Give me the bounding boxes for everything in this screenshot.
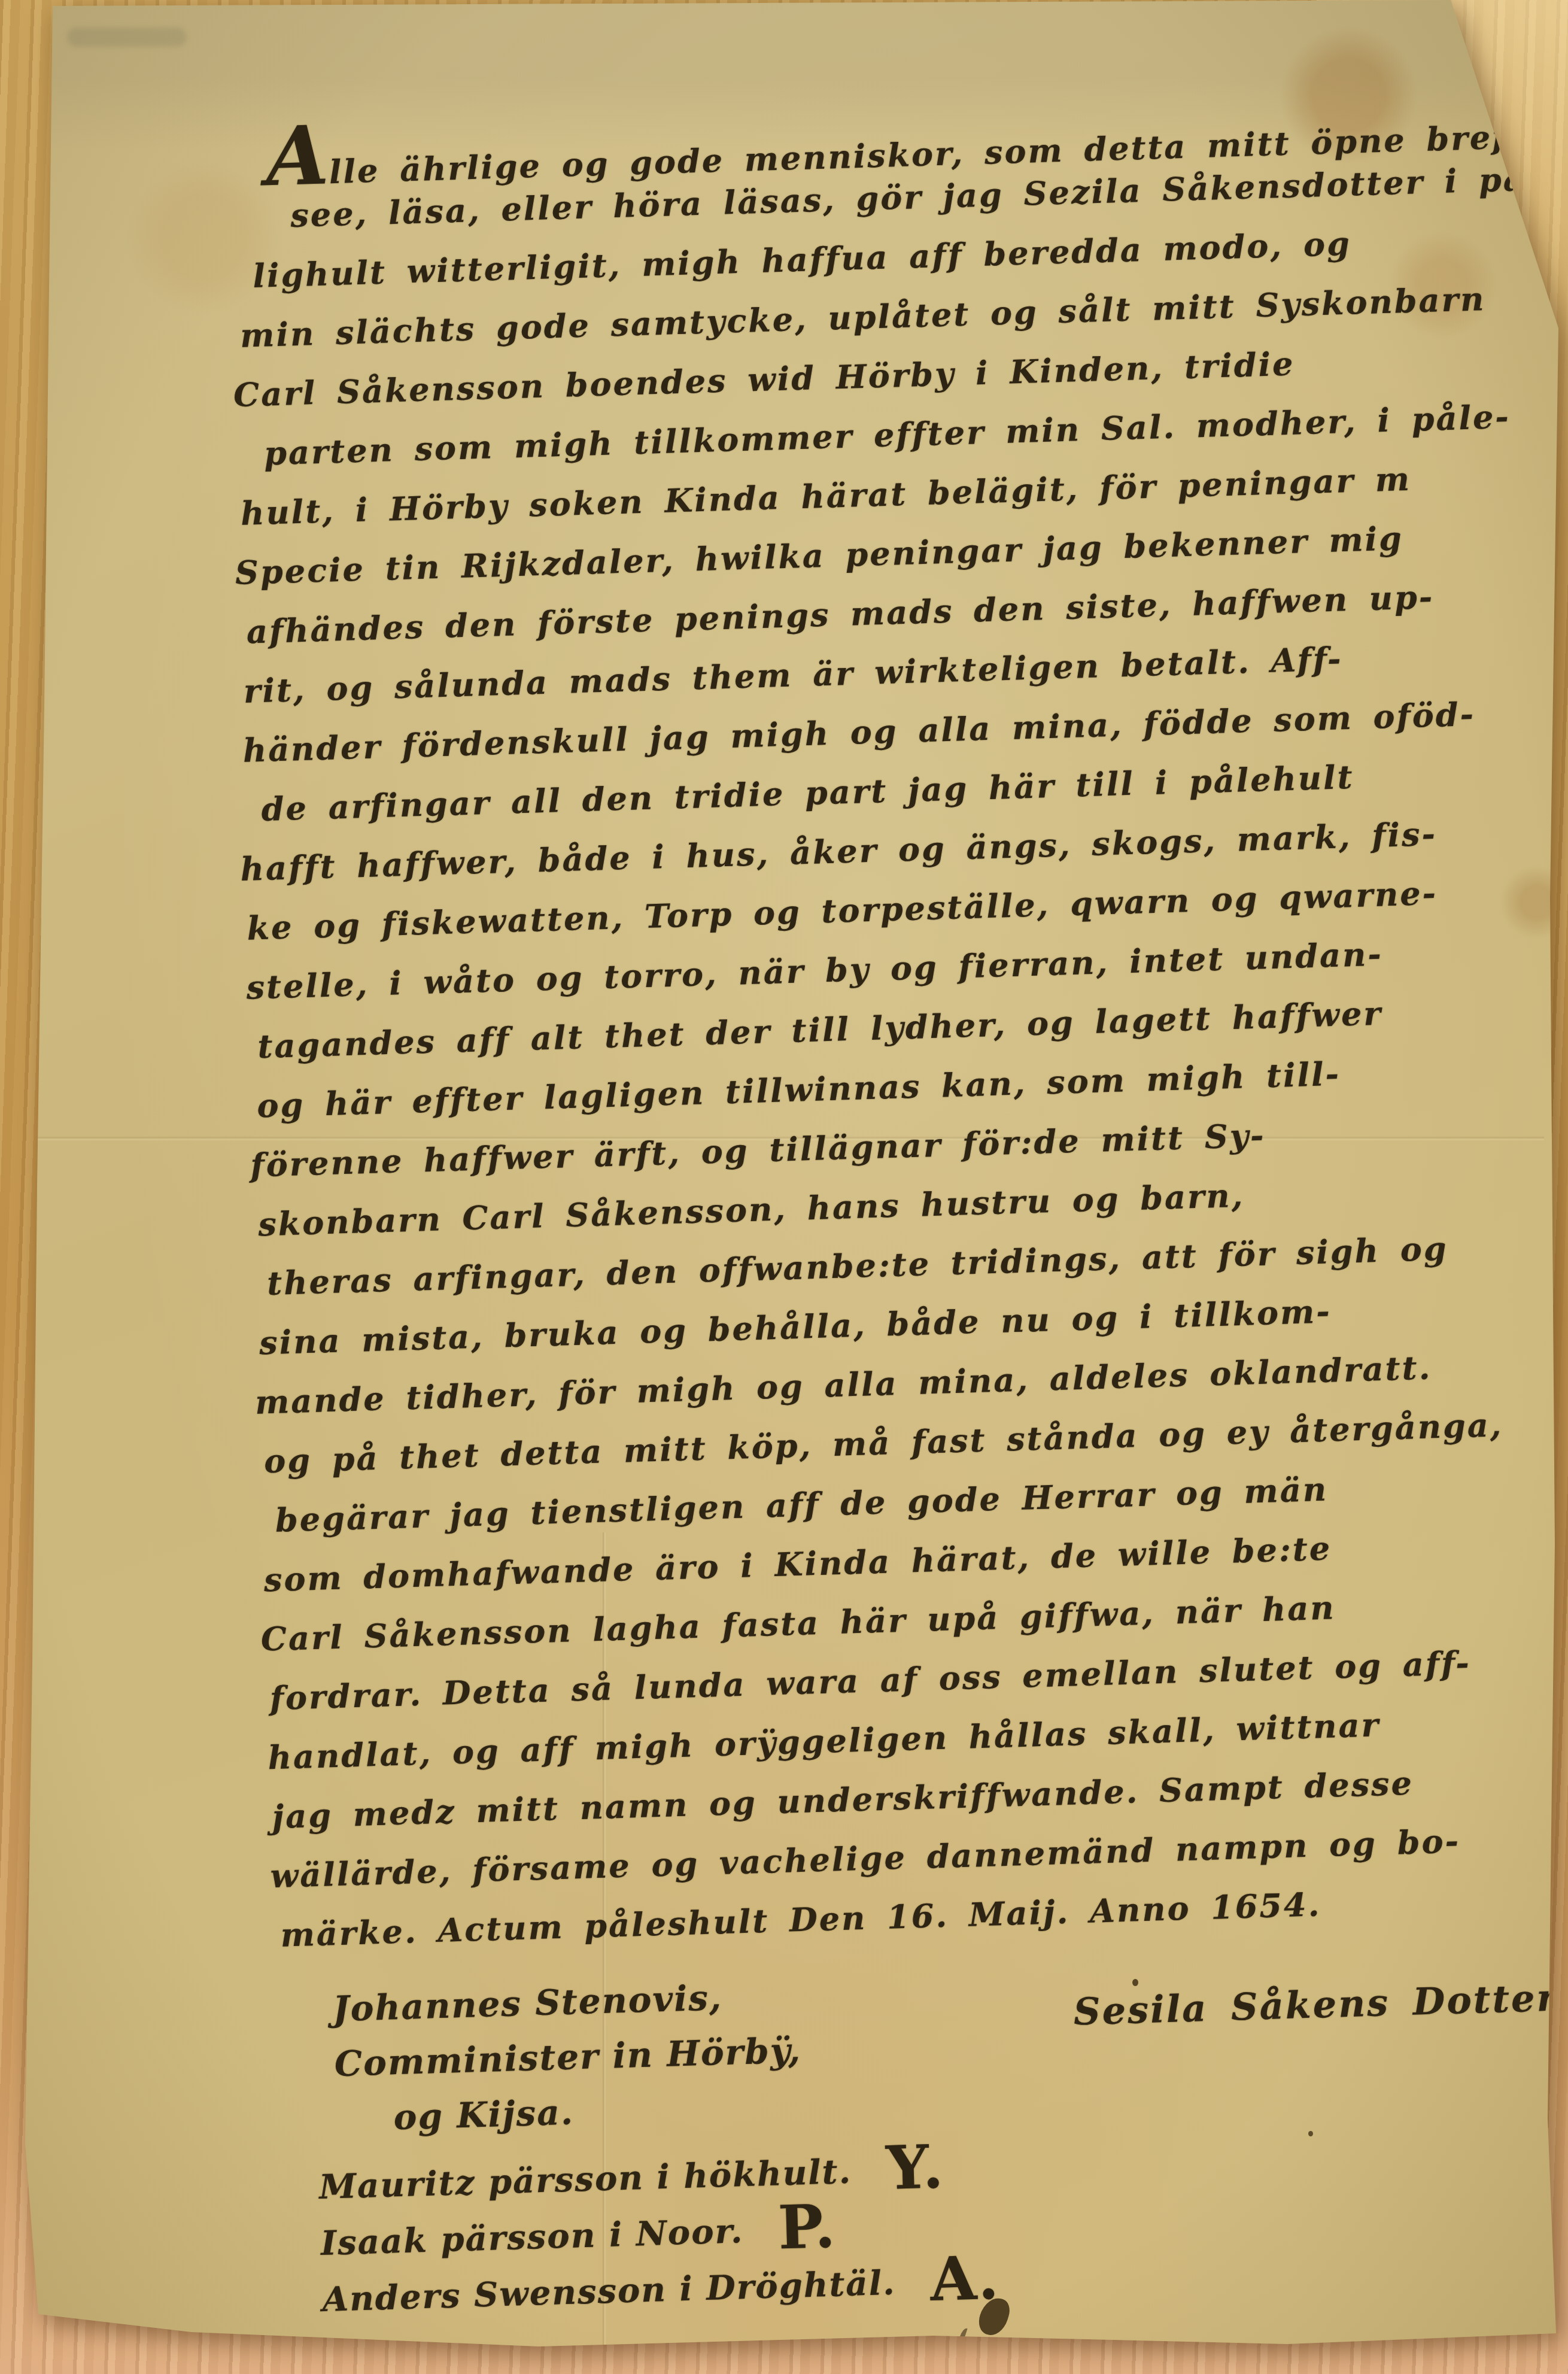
- handwritten-content: Alle ährlige og gode menniskor, som dett…: [230, 90, 1568, 2327]
- witness-list: Mauritz pärsson i hökhult.Y.Isaak pärsso…: [318, 2118, 1568, 2326]
- paper-wrapper: Alle ährlige og gode menniskor, som dett…: [0, 0, 1568, 2374]
- witness-name: Isaak pärsson i Noor.: [320, 2211, 744, 2263]
- ink-speck: [1132, 1979, 1138, 1986]
- witness-name: Anders Swensson i Dröghtäl.: [322, 2263, 897, 2320]
- ink-speck: [1308, 2131, 1313, 2136]
- manuscript-paper: Alle ährlige og gode menniskor, som dett…: [0, 0, 1568, 2374]
- witness-house-mark: Y.: [885, 2131, 946, 2203]
- witness-name: Mauritz pärsson i hökhult.: [318, 2152, 852, 2207]
- photo-of-document: Alle ährlige og gode menniskor, som dett…: [0, 0, 1568, 2374]
- witness-house-mark: P.: [777, 2191, 837, 2263]
- faint-pencil-smudge: [67, 28, 187, 47]
- manuscript-text: Alle ährlige og gode menniskor, som dett…: [230, 90, 1568, 1965]
- signature-block-left: Johannes Stenovis, Comminister in Hörbÿ,…: [332, 1944, 1568, 2147]
